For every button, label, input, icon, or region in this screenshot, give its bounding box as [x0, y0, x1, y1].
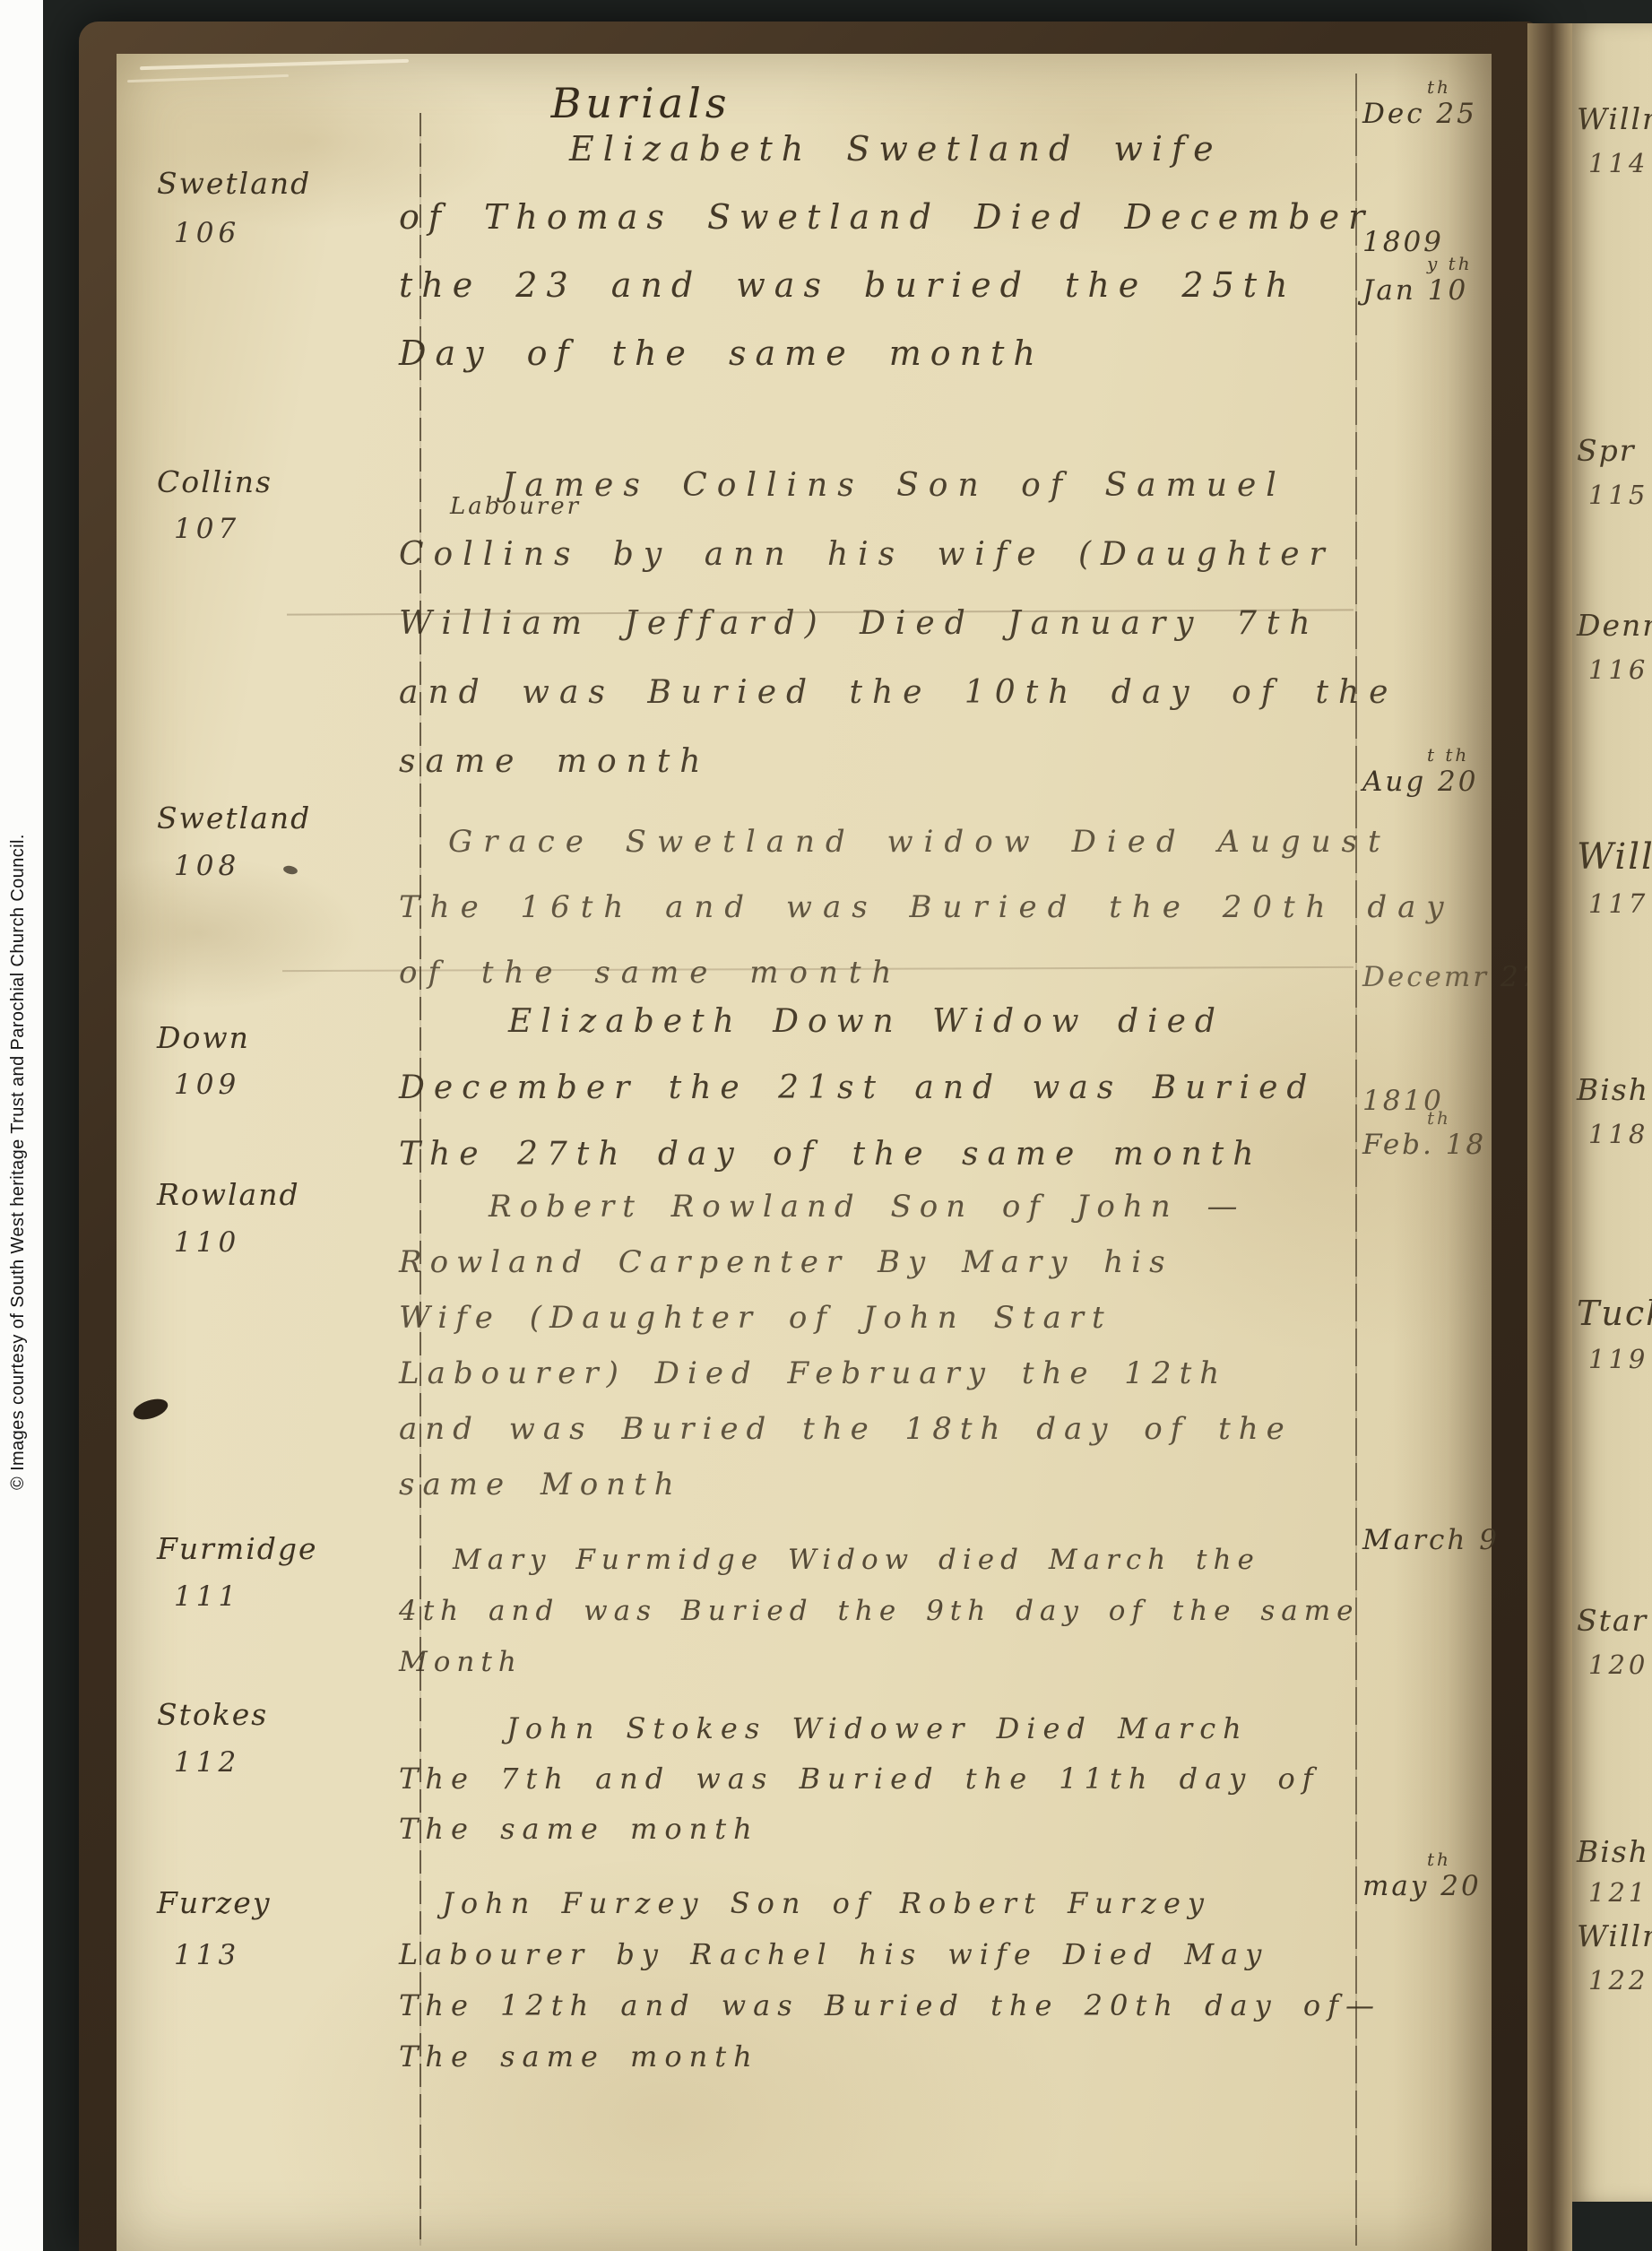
margin-number: 110: [174, 1226, 308, 1259]
margin-name: Furzey: [157, 1885, 390, 1920]
margin-number: 111: [174, 1580, 308, 1613]
entry-line: The 27th day of the same month: [399, 1121, 1316, 1188]
entry-line: same Month: [399, 1457, 1293, 1512]
margin-number: 112: [174, 1746, 308, 1779]
margin-number: 113: [174, 1939, 308, 1971]
entry-line: and was Buried the 18th day of the: [399, 1401, 1293, 1457]
entry-line: Month: [399, 1637, 1360, 1688]
entry-line: William Jeffard) Died January 7th: [399, 589, 1397, 658]
next-page-entry: Bish 118: [1577, 1072, 1649, 1107]
margin-name: Furmidge: [157, 1531, 390, 1566]
page-stack-edge: [140, 59, 409, 70]
margin-name: Swetland: [157, 166, 390, 201]
margin-number: 106: [174, 217, 308, 249]
entry-line: Robert Rowland Son of John —: [399, 1179, 1293, 1234]
next-page-entry: Willm 114: [1577, 101, 1652, 136]
entry-line: Rowland Carpenter By Mary his: [399, 1234, 1293, 1290]
inserted-word: Labourer: [450, 493, 581, 520]
margin-name: Stokes: [157, 1697, 390, 1732]
register-page: Burials Swetland 106 Collins 107 Swetlan…: [117, 54, 1492, 2251]
margin-name: Collins: [157, 464, 390, 499]
entry-line: December the 21st and was Buried: [399, 1055, 1316, 1121]
entry-line: The same month: [399, 1804, 1320, 1854]
copyright-text: © Images courtesy of South West heritage…: [8, 834, 29, 1490]
copyright-strip: © Images courtesy of South West heritage…: [0, 0, 43, 2251]
entry-text: John Stokes Widower Died MarchThe 7th an…: [399, 1703, 1320, 1854]
entry-line: The 7th and was Buried the 11th day of: [399, 1753, 1320, 1804]
entry-line: Day of the same month: [399, 319, 1373, 387]
entry-text: John Furzey Son of Robert FurzeyLabourer…: [399, 1878, 1381, 2082]
next-page-entry: Will 117: [1577, 836, 1652, 878]
entry-line: Elizabeth Swetland wife: [399, 115, 1373, 183]
entry-line: Grace Swetland widow Died August: [399, 809, 1455, 875]
entry-line: Labourer by Rachel his wife Died May: [399, 1929, 1381, 1980]
entry-line: The same month: [399, 2031, 1381, 2082]
margin-number: 109: [174, 1069, 308, 1101]
entry-line: Collins by ann his wife (Daughter: [399, 520, 1397, 589]
entry-line: John Stokes Widower Died March: [399, 1703, 1320, 1753]
margin-name: Swetland: [157, 801, 390, 835]
next-page-entry: Bish 121: [1577, 1834, 1649, 1869]
entry-text: Mary Furmidge Widow died March the4th an…: [399, 1535, 1360, 1688]
margin-name: Down: [157, 1020, 390, 1055]
margin-number: 108: [174, 850, 308, 882]
next-page-entry: Star 120: [1577, 1603, 1648, 1638]
entry-text: Elizabeth Down Widow diedDecember the 21…: [399, 989, 1316, 1188]
entry-line: The 16th and was Buried the 20th day: [399, 875, 1455, 940]
entry-text: Elizabeth Swetland wifeof Thomas Swetlan…: [399, 115, 1373, 387]
entry-line: and was Buried the 10th day of the: [399, 658, 1397, 727]
entry-line: Wife (Daughter of John Start: [399, 1290, 1293, 1346]
gutter-crease: [1527, 23, 1572, 2251]
entry-line: of Thomas Swetland Died December: [399, 183, 1373, 251]
next-page-entry: Denma 116: [1577, 608, 1652, 643]
entry-text: Robert Rowland Son of John —Rowland Carp…: [399, 1179, 1293, 1512]
entry-line: Elizabeth Down Widow died: [399, 989, 1316, 1055]
page-stack-edge: [127, 74, 289, 82]
margin-number: 107: [174, 513, 308, 545]
next-page-entry: Spr 115: [1577, 433, 1636, 468]
entry-line: same month: [399, 727, 1397, 796]
next-page-entry: Tuck 119: [1577, 1294, 1652, 1333]
entry-line: 4th and was Buried the 9th day of the sa…: [399, 1586, 1360, 1637]
entry-line: John Furzey Son of Robert Furzey: [399, 1878, 1381, 1929]
entry-line: The 12th and was Buried the 20th day of—: [399, 1980, 1381, 2031]
ink-blot: [131, 1395, 170, 1423]
entry-line: Mary Furmidge Widow died March the: [399, 1535, 1360, 1586]
next-page-entry: Willm 122: [1577, 1918, 1652, 1953]
entry-line: Labourer) Died February the 12th: [399, 1346, 1293, 1401]
next-page-edge: Willm 114 Spr 115 Denma 116 Will 117 Bis…: [1572, 23, 1652, 2202]
entry-text: Grace Swetland widow Died AugustThe 16th…: [399, 809, 1455, 1006]
entry-line: the 23 and was buried the 25th: [399, 251, 1373, 319]
margin-name: Rowland: [157, 1177, 390, 1212]
